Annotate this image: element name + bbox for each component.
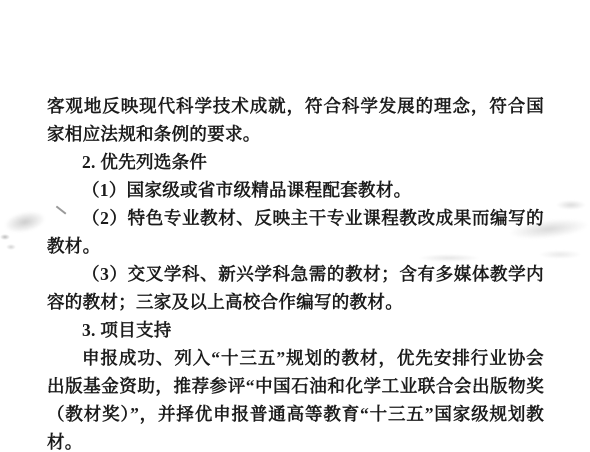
paragraph: （1）国家级或省市级精品课程配套教材。: [47, 176, 544, 204]
scan-speck: [538, 250, 582, 259]
paragraph: 2. 优先列选条件: [47, 148, 544, 176]
scan-speck: [556, 200, 586, 210]
paragraph: 3. 项目支持: [47, 316, 544, 344]
document-text-block: 客观地反映现代科学技术成就，符合科学发展的理念，符合国家相应法规和条例的要求。2…: [47, 92, 544, 452]
paragraph: 客观地反映现代科学技术成就，符合科学发展的理念，符合国家相应法规和条例的要求。: [47, 92, 544, 148]
paragraph: （3）交叉学科、新兴学科急需的教材；含有多媒体教学内容的教材；三家及以上高校合作…: [47, 260, 544, 316]
scan-speck: [0, 234, 10, 240]
paragraph: （2）特色专业教材、反映主干专业课程教改成果而编写的教材。: [47, 204, 544, 260]
scan-speck: [6, 244, 16, 250]
document-page: 客观地反映现代科学技术成就，符合科学发展的理念，符合国家相应法规和条例的要求。2…: [0, 0, 590, 452]
scan-smudge-left: [2, 208, 47, 236]
paragraph: 申报成功、列入“十三五”规划的教材，优先安排行业协会出版基金资助，推荐参评“中国…: [47, 344, 544, 452]
